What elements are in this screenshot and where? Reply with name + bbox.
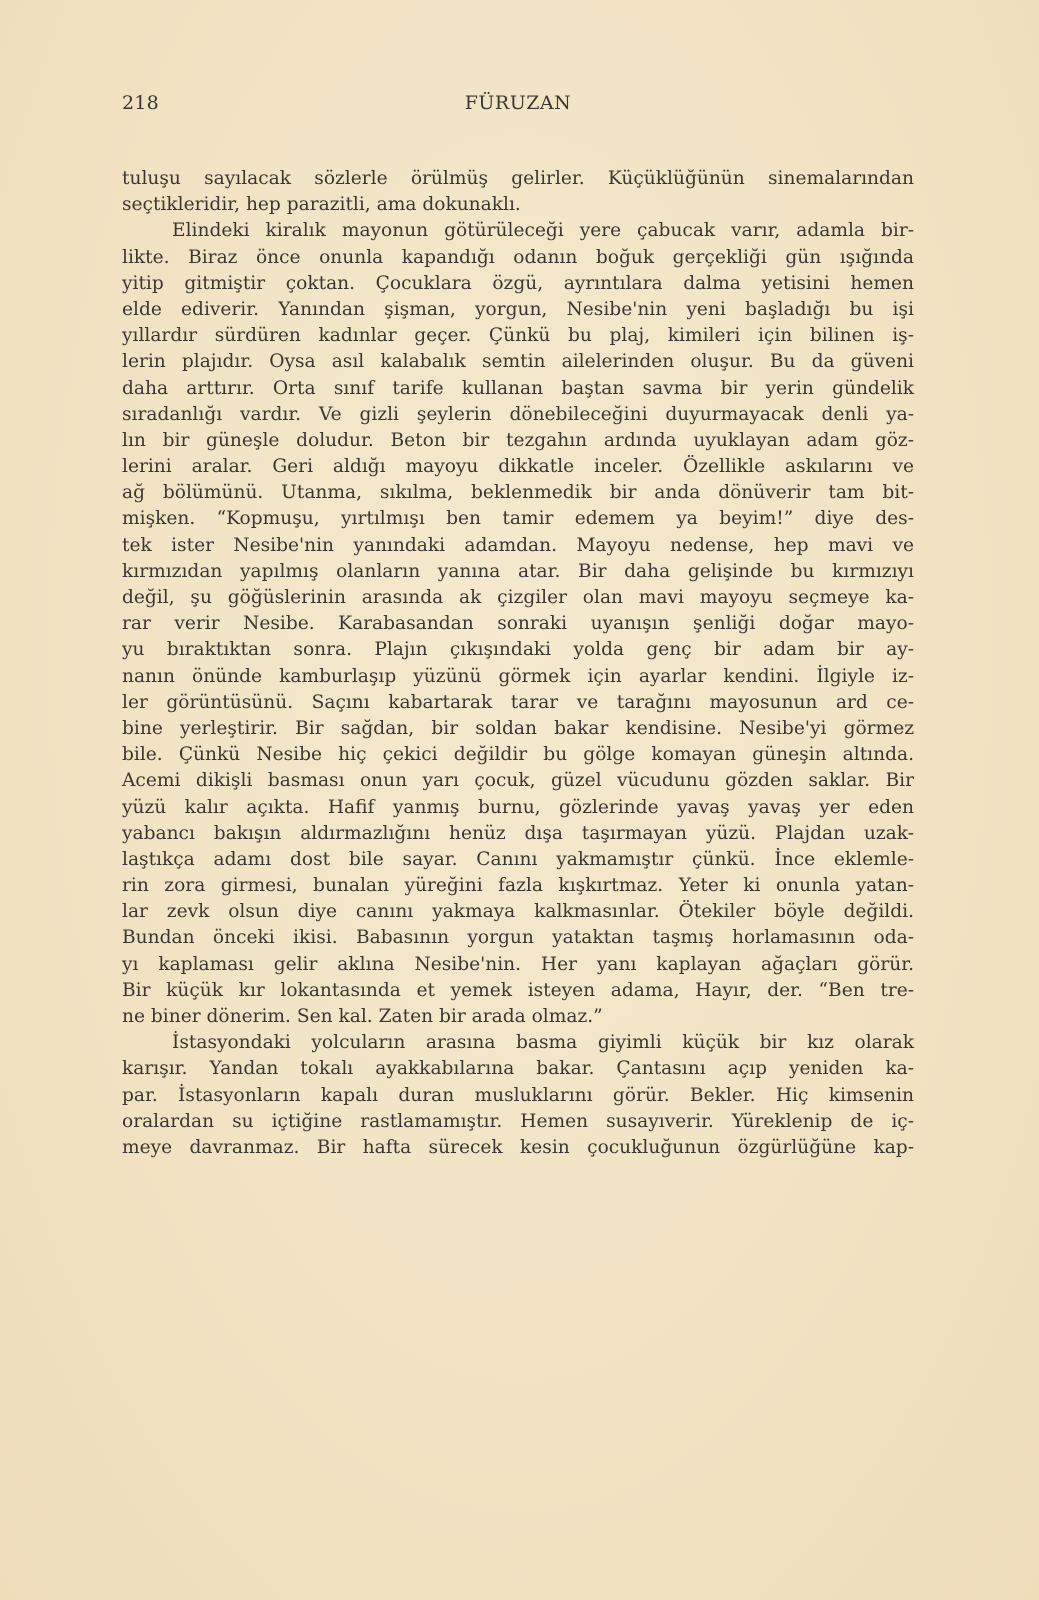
text-line: değil, şu göğüslerinin arasında ak çizgi… — [122, 585, 914, 611]
text-line: yu bıraktıktan sonra. Plajın çıkışındaki… — [122, 637, 914, 663]
text-line: kırmızıdan yapılmış olanların yanına ata… — [122, 559, 914, 585]
text-line: daha arttırır. Orta sınıf tarife kullana… — [122, 376, 914, 402]
text-line: Bundan önceki ikisi. Babasının yorgun ya… — [122, 925, 914, 951]
text-line: karışır. Yandan tokalı ayakkabılarına ba… — [122, 1056, 914, 1082]
text-line: Acemi dikişli basması onun yarı çocuk, g… — [122, 768, 914, 794]
text-line: sıradanlığı vardır. Ve gizli şeylerin dö… — [122, 402, 914, 428]
text-line: bine yerleştirir. Bir sağdan, bir soldan… — [122, 716, 914, 742]
text-line: yitip gitmiştir çoktan. Çocuklara özgü, … — [122, 271, 914, 297]
text-line: yabancı bakışın aldırmazlığını henüz dış… — [122, 821, 914, 847]
running-head: 218 FÜRUZAN — [122, 92, 914, 124]
text-line: mişken. “Kopmuşu, yırtılmışı ben tamir e… — [122, 506, 914, 532]
text-line: ler görüntüsünü. Saçını kabartarak tarar… — [122, 690, 914, 716]
text-line: tek ister Nesibe'nin yanındaki adamdan. … — [122, 533, 914, 559]
text-line: nanın önünde kamburlaşıp yüzünü görmek i… — [122, 664, 914, 690]
paragraph: tuluşu sayılacak sözlerle örülmüş gelirl… — [122, 166, 914, 218]
author-name: FÜRUZAN — [122, 92, 914, 114]
text-line: lerin plajıdır. Oysa asıl kalabalık semt… — [122, 349, 914, 375]
text-line: meye davranmaz. Bir hafta sürecek kesin … — [122, 1135, 914, 1161]
text-line: seçtikleridir, hep parazitli, ama dokuna… — [122, 192, 914, 218]
text-line: par. İstasyonların kapalı duran muslukla… — [122, 1083, 914, 1109]
body-text: tuluşu sayılacak sözlerle örülmüş gelirl… — [122, 166, 914, 1161]
text-line: bile. Çünkü Nesibe hiç çekici değildir b… — [122, 742, 914, 768]
book-page: 218 FÜRUZAN tuluşu sayılacak sözlerle ör… — [122, 92, 914, 1161]
paragraph: Elindeki kiralık mayonun götürüleceği ye… — [122, 218, 914, 1030]
text-line: Bir küçük kır lokantasında et yemek iste… — [122, 978, 914, 1004]
text-line: tuluşu sayılacak sözlerle örülmüş gelirl… — [122, 166, 914, 192]
text-line: yı kaplaması gelir aklına Nesibe'nin. He… — [122, 952, 914, 978]
text-line: ne biner dönerim. Sen kal. Zaten bir ara… — [122, 1004, 914, 1030]
text-line: likte. Biraz önce onunla kapandığı odanı… — [122, 245, 914, 271]
text-line: ağ bölümünü. Utanma, sıkılma, beklenmedi… — [122, 480, 914, 506]
text-line: lın bir güneşle doludur. Beton bir tezga… — [122, 428, 914, 454]
text-line: elde ediverir. Yanından şişman, yorgun, … — [122, 297, 914, 323]
text-line: yıllardır sürdüren kadınlar geçer. Çünkü… — [122, 323, 914, 349]
text-line: lerini aralar. Geri aldığı mayoyu dikkat… — [122, 454, 914, 480]
text-line: Elindeki kiralık mayonun götürüleceği ye… — [122, 218, 914, 244]
paragraph: İstasyondaki yolcuların arasına basma gi… — [122, 1030, 914, 1161]
text-line: oralardan su içtiğine rastlamamıştır. He… — [122, 1109, 914, 1135]
text-line: rin zora girmesi, bunalan yüreğini fazla… — [122, 873, 914, 899]
text-line: lar zevk olsun diye canını yakmaya kalkm… — [122, 899, 914, 925]
text-line: rar verir Nesibe. Karabasandan sonraki u… — [122, 611, 914, 637]
text-line: İstasyondaki yolcuların arasına basma gi… — [122, 1030, 914, 1056]
text-line: laştıkça adamı dost bile sayar. Canını y… — [122, 847, 914, 873]
text-line: yüzü kalır açıkta. Hafif yanmış burnu, g… — [122, 795, 914, 821]
